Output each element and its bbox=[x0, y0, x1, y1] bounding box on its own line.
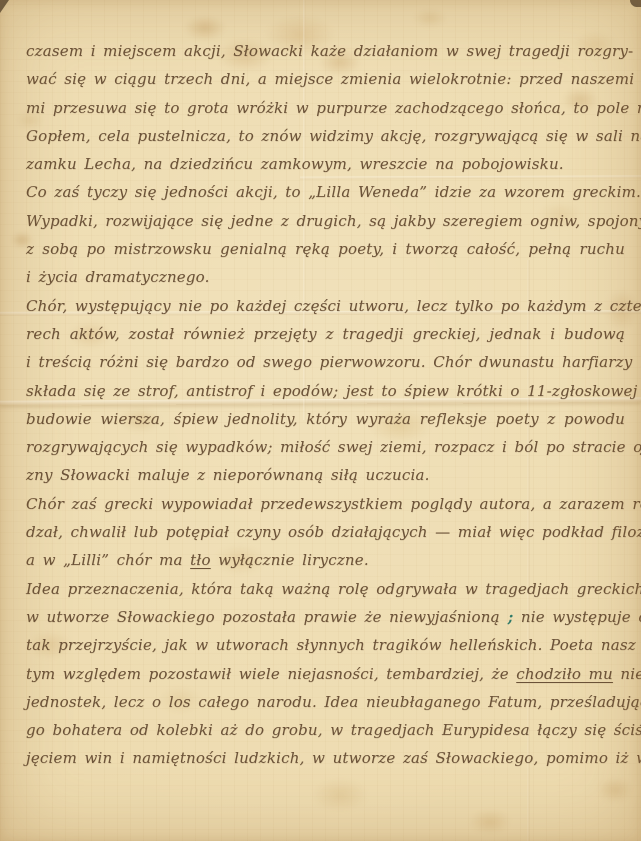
handwritten-text: go bohatera od kolebki aż do grobu, w tr… bbox=[26, 721, 641, 739]
handwritten-text: rozgrywających się wypadków; miłość swej… bbox=[26, 438, 641, 456]
handwritten-text: jednostek, lecz o los całego narodu. Ide… bbox=[26, 693, 641, 711]
handwritten-text: Gopłem, cela pustelnicza, to znów widzim… bbox=[26, 127, 641, 145]
manuscript-line: budowie wiersza, śpiew jednolity, który … bbox=[26, 405, 625, 433]
manuscript-line: Idea przeznaczenia, która taką ważną rol… bbox=[26, 575, 625, 603]
manuscript-page: czasem i miejscem akcji, Słowacki każe d… bbox=[0, 0, 641, 841]
handwritten-text: wyłącznie liryczne. bbox=[211, 551, 369, 569]
handwritten-text: Co zaś tyczy się jedności akcji, to „Lil… bbox=[26, 183, 641, 201]
underlined-word: tło bbox=[190, 551, 211, 569]
manuscript-line: w utworze Słowackiego pozostała prawie ż… bbox=[26, 603, 625, 631]
manuscript-line: tak przejrzyście, jak w utworach słynnyc… bbox=[26, 631, 625, 659]
handwritten-text: składa się ze strof, antistrof i epodów;… bbox=[26, 382, 637, 400]
handwritten-text: zamku Lecha, na dziedzińcu zamkowym, wre… bbox=[26, 155, 564, 173]
manuscript-line: Gopłem, cela pustelnicza, to znów widzim… bbox=[26, 122, 625, 150]
handwritten-text: nie występuje ona bbox=[513, 608, 641, 626]
manuscript-line: rozgrywających się wypadków; miłość swej… bbox=[26, 433, 625, 461]
manuscript-line: Chór, występujący nie po każdej części u… bbox=[26, 292, 625, 320]
handwritten-text: czasem i miejscem akcji, Słowacki każe d… bbox=[26, 42, 633, 60]
handwritten-text: Chór, występujący nie po każdej części u… bbox=[26, 297, 641, 315]
manuscript-line: wać się w ciągu trzech dni, a miejsce zm… bbox=[26, 65, 625, 93]
manuscript-line: z sobą po mistrzowsku genialną ręką poet… bbox=[26, 235, 625, 263]
underlined-word: chodziło mu bbox=[516, 665, 613, 683]
correction-mark: ; bbox=[500, 608, 514, 626]
manuscript-line: czasem i miejscem akcji, Słowacki każe d… bbox=[26, 37, 625, 65]
scan-corner-mark-top-right bbox=[630, 0, 641, 7]
handwritten-text: budowie wiersza, śpiew jednolity, który … bbox=[26, 410, 625, 428]
manuscript-line: Wypadki, rozwijające się jedne z drugich… bbox=[26, 207, 625, 235]
handwritten-text: i życia dramatycznego. bbox=[26, 268, 210, 286]
manuscript-line: rech aktów, został również przejęty z tr… bbox=[26, 320, 625, 348]
manuscript-line: zamku Lecha, na dziedzińcu zamkowym, wre… bbox=[26, 150, 625, 178]
handwritten-text: mi przesuwa się to grota wróżki w purpur… bbox=[26, 99, 641, 117]
handwritten-text: i treścią różni się bardzo od swego pier… bbox=[26, 353, 641, 371]
manuscript-line: składa się ze strof, antistrof i epodów;… bbox=[26, 377, 625, 405]
handwritten-text: rech aktów, został również przejęty z tr… bbox=[26, 325, 625, 343]
scan-corner-mark-top-left bbox=[0, 0, 9, 13]
manuscript-lines: czasem i miejscem akcji, Słowacki każe d… bbox=[26, 37, 625, 773]
handwritten-text: w utworze Słowackiego pozostała prawie ż… bbox=[26, 608, 500, 626]
handwritten-text: Wypadki, rozwijające się jedne z drugich… bbox=[26, 212, 641, 230]
handwritten-text: nie o los bbox=[613, 665, 641, 683]
manuscript-line: zny Słowacki maluje z nieporównaną siłą … bbox=[26, 461, 625, 489]
manuscript-line: tym względem pozostawił wiele niejasnośc… bbox=[26, 660, 625, 688]
manuscript-line: i życia dramatycznego. bbox=[26, 263, 625, 291]
manuscript-line: a w „Lilli” chór ma tło wyłącznie lirycz… bbox=[26, 546, 625, 574]
manuscript-line: jednostek, lecz o los całego narodu. Ide… bbox=[26, 688, 625, 716]
manuscript-line: jęciem win i namiętności ludzkich, w utw… bbox=[26, 744, 625, 772]
handwritten-text: Idea przeznaczenia, która taką ważną rol… bbox=[26, 580, 641, 598]
handwritten-text: tak przejrzyście, jak w utworach słynnyc… bbox=[26, 636, 641, 654]
handwritten-text: wać się w ciągu trzech dni, a miejsce zm… bbox=[26, 70, 641, 88]
manuscript-line: Co zaś tyczy się jedności akcji, to „Lil… bbox=[26, 178, 625, 206]
handwritten-text: dzał, chwalił lub potępiał czyny osób dz… bbox=[26, 523, 641, 541]
handwritten-text: Chór zaś grecki wypowiadał przedewszystk… bbox=[26, 495, 641, 513]
handwritten-text: tym względem pozostawił wiele niejasnośc… bbox=[26, 665, 516, 683]
handwritten-text: zny Słowacki maluje z nieporównaną siłą … bbox=[26, 466, 430, 484]
manuscript-line: go bohatera od kolebki aż do grobu, w tr… bbox=[26, 716, 625, 744]
manuscript-line: mi przesuwa się to grota wróżki w purpur… bbox=[26, 94, 625, 122]
manuscript-line: Chór zaś grecki wypowiadał przedewszystk… bbox=[26, 490, 625, 518]
handwritten-text: z sobą po mistrzowsku genialną ręką poet… bbox=[26, 240, 625, 258]
manuscript-line: dzał, chwalił lub potępiał czyny osób dz… bbox=[26, 518, 625, 546]
handwritten-text: a w „Lilli” chór ma bbox=[26, 551, 190, 569]
handwritten-text: jęciem win i namiętności ludzkich, w utw… bbox=[26, 749, 641, 767]
manuscript-line: i treścią różni się bardzo od swego pier… bbox=[26, 348, 625, 376]
